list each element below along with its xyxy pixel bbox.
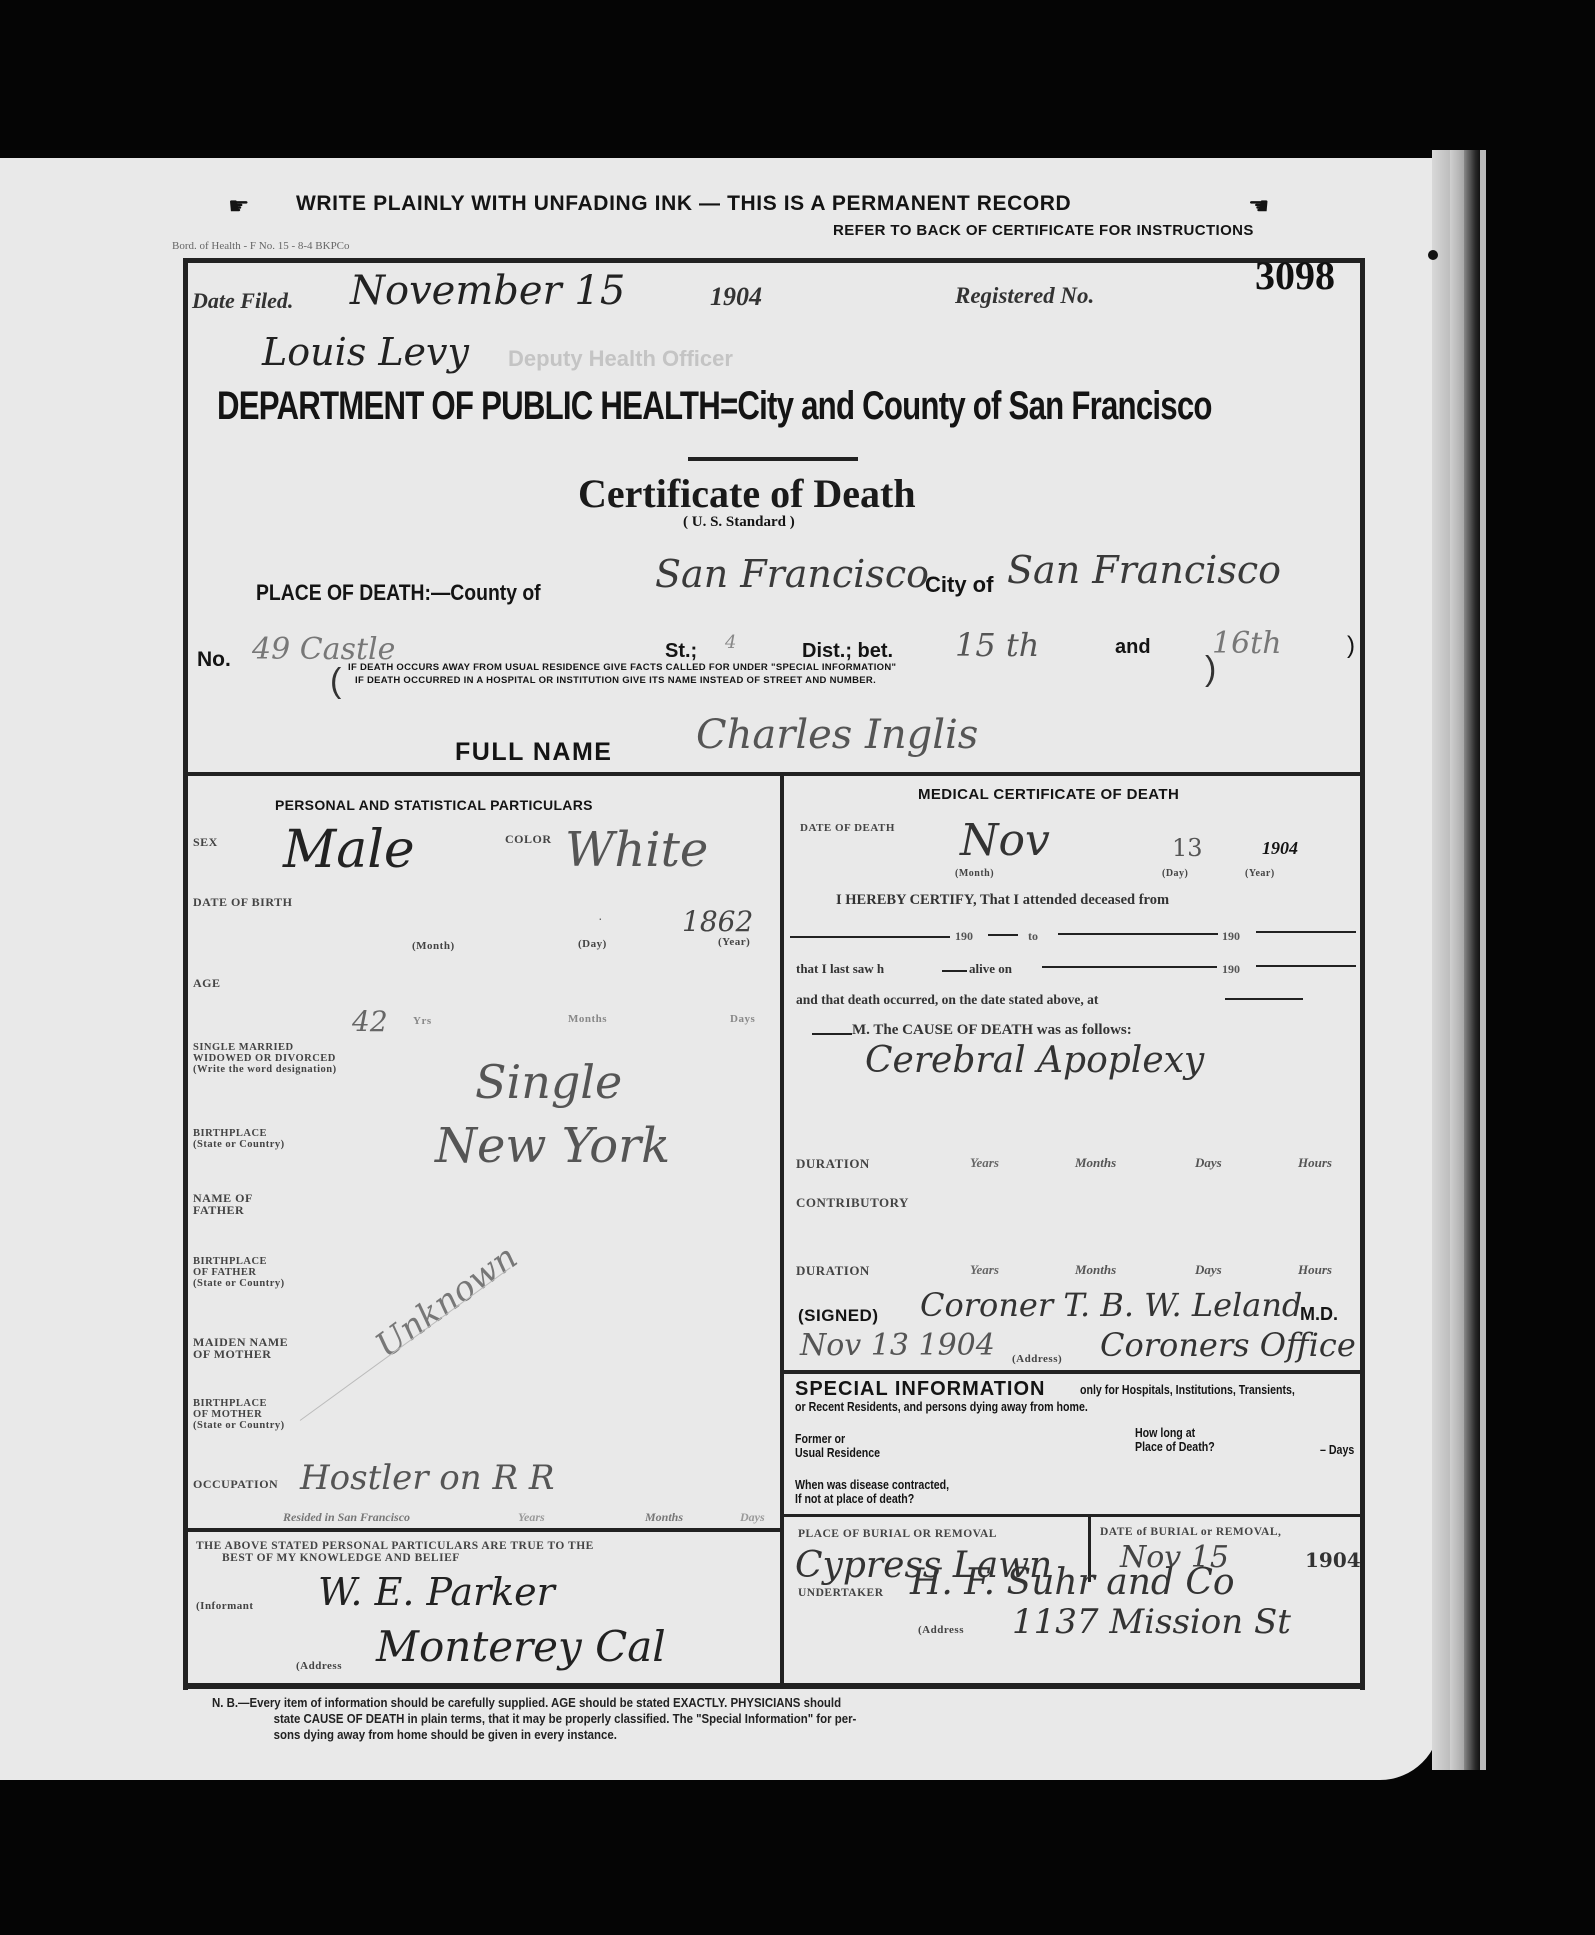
marital-label-line: (Write the word designation): [193, 1064, 337, 1075]
between-street-2: 16th: [1212, 626, 1282, 661]
pointing-hand-icon: ☛: [228, 192, 250, 221]
dob-year-caption: (Year): [718, 936, 750, 948]
death-occurred-label: and that death occurred, on the date sta…: [796, 992, 1098, 1008]
refer-instructions: REFER TO BACK OF CERTIFICATE FOR INSTRUC…: [833, 222, 1254, 239]
duration-years: Years: [970, 1155, 999, 1171]
special-divider: [782, 1370, 1364, 1374]
blank-line: [812, 1033, 852, 1035]
officer-signature: Louis Levy: [262, 330, 469, 374]
blank-line: [1042, 966, 1217, 968]
color-value: White: [565, 822, 708, 878]
frame-bottom: [183, 1683, 1365, 1689]
former-residence-line: Usual Residence: [795, 1446, 880, 1460]
date-filed-year: 1904: [710, 282, 762, 312]
standard-subtitle: ( U. S. Standard ): [683, 514, 795, 531]
age-days-caption: Days: [730, 1013, 755, 1025]
hospital-instruction: IF DEATH OCCURRED IN A HOSPITAL OR INSTI…: [355, 675, 876, 686]
certify-line: I HEREBY CERTIFY, That I attended deceas…: [836, 892, 1169, 909]
full-name-value: Charles Inglis: [696, 712, 978, 758]
paren: ): [1347, 632, 1355, 660]
certificate-title: Certificate of Death: [578, 470, 916, 517]
cause-label: M. The CAUSE OF DEATH was as follows:: [852, 1022, 1132, 1039]
color-label: COLOR: [505, 833, 552, 845]
burial-year-value: 1904: [1305, 1548, 1361, 1572]
former-residence-label: Former or Usual Residence: [795, 1432, 880, 1460]
mother-bp-line: BIRTHPLACE: [193, 1398, 285, 1409]
name-divider: [183, 772, 1365, 776]
marital-label-line: WIDOWED OR DIVORCED: [193, 1053, 337, 1064]
dob-day-caption: (Day): [578, 938, 607, 950]
footer-note-line: N. B.—Every item of information should b…: [212, 1695, 856, 1711]
cause-value: Cerebral Apoplexy: [865, 1040, 1204, 1081]
page-edge: [1432, 150, 1450, 1770]
birthplace-label-line: (State or Country): [193, 1139, 285, 1150]
blank-line: [1225, 998, 1303, 1000]
place-of-death-label: PLACE OF DEATH:—County of: [256, 580, 541, 606]
how-long-line: How long at: [1135, 1426, 1215, 1440]
contracted-line: When was disease contracted,: [795, 1478, 949, 1492]
resided-years: Years: [518, 1510, 545, 1525]
duration-months: Months: [1075, 1155, 1116, 1171]
personal-heading: PERSONAL AND STATISTICAL PARTICULARS: [275, 797, 593, 813]
signed-by-value: Coroner T. B. W. Leland: [920, 1286, 1302, 1324]
father-bp-line: (State or Country): [193, 1278, 285, 1289]
duration-hours: Hours: [1298, 1262, 1332, 1278]
blank-line: [942, 970, 967, 972]
father-name-label: NAME OF FATHER: [193, 1192, 253, 1216]
informant-label: (Informant: [196, 1600, 254, 1612]
informant-address-value: Monterey Cal: [376, 1622, 666, 1671]
dist-label: Dist.; bet.: [802, 640, 893, 663]
officer-title-stamp: Deputy Health Officer: [508, 346, 733, 372]
mother-bp-line: OF MOTHER: [193, 1409, 285, 1420]
attestation-line: BEST OF MY KNOWLEDGE AND BELIEF: [196, 1552, 594, 1564]
month-caption: (Month): [955, 868, 994, 880]
footer-note-line: state CAUSE OF DEATH in plain terms, tha…: [212, 1711, 856, 1727]
date-filed-label: Date Filed.: [192, 288, 293, 314]
marital-label-line: SINGLE MARRIED: [193, 1042, 337, 1053]
dob-separator: ·: [598, 910, 603, 926]
mother-birthplace-label: BIRTHPLACE OF MOTHER (State or Country): [193, 1398, 285, 1431]
special-info-heading: SPECIAL INFORMATION: [795, 1378, 1045, 1401]
signed-label: (SIGNED): [798, 1306, 879, 1326]
duration-days: Days: [1195, 1155, 1222, 1171]
dod-year-value: 1904: [1262, 838, 1298, 859]
blank-line: [1256, 965, 1356, 967]
year-caption: (Year): [1245, 868, 1275, 880]
resided-label: Resided in San Francisco: [283, 1510, 410, 1525]
age-label: AGE: [193, 977, 221, 989]
sex-value: Male: [283, 820, 415, 880]
md-label: M.D.: [1300, 1304, 1338, 1325]
registered-number: 3098: [1255, 252, 1335, 299]
duration-label: DURATION: [796, 1158, 870, 1170]
how-long-line: Place of Death?: [1135, 1440, 1215, 1454]
blank-line: [1058, 933, 1218, 935]
attestation-line: THE ABOVE STATED PERSONAL PARTICULARS AR…: [196, 1540, 594, 1552]
resided-months: Months: [645, 1510, 683, 1525]
occupation-value: Hostler on R R: [300, 1458, 554, 1498]
duration-months: Months: [1075, 1262, 1116, 1278]
department-title: DEPARTMENT OF PUBLIC HEALTH=City and Cou…: [217, 384, 1212, 429]
year-prefix: 190: [955, 929, 973, 944]
special-info-note: only for Hospitals, Institutions, Transi…: [1080, 1383, 1295, 1397]
contracted-line: If not at place of death?: [795, 1492, 949, 1506]
full-name-label: FULL NAME: [455, 738, 612, 767]
dob-year-value: 1862: [682, 905, 753, 938]
page-edge: [1450, 150, 1464, 1770]
header-warning: ☛ WRITE PLAINLY WITH UNFADING INK — THIS…: [228, 190, 1328, 220]
frame-right: [1360, 258, 1365, 1690]
frame-top: [183, 258, 1365, 263]
father-bp-line: OF FATHER: [193, 1267, 285, 1278]
duration-years: Years: [970, 1262, 999, 1278]
footer-note-line: sons dying away from home should be give…: [212, 1727, 856, 1743]
informant-divider: [183, 1528, 783, 1532]
undertaker-value: H. F. Suhr and Co: [910, 1562, 1235, 1603]
duration-label: DURATION: [796, 1265, 870, 1277]
undertaker-address-label: (Address: [918, 1624, 964, 1636]
warning-text: WRITE PLAINLY WITH UNFADING INK — THIS I…: [296, 192, 1071, 216]
registered-label: Registered No.: [955, 283, 1094, 309]
paren: ): [1205, 650, 1216, 689]
age-months-caption: Months: [568, 1013, 607, 1025]
city-value: San Francisco: [1007, 548, 1281, 592]
blank-line: [988, 934, 1018, 936]
st-label: St.;: [665, 640, 697, 663]
signed-date-value: Nov 13 1904: [800, 1328, 995, 1363]
sex-label: SEX: [193, 836, 218, 848]
street-number-label: No.: [197, 648, 231, 672]
footer-note: N. B.—Every item of information should b…: [212, 1695, 856, 1743]
former-residence-line: Former or: [795, 1432, 880, 1446]
dod-day-value: 13: [1172, 834, 1203, 862]
informant-address-label: (Address: [296, 1660, 342, 1672]
mother-bp-line: (State or Country): [193, 1420, 285, 1431]
day-caption: (Day): [1162, 868, 1188, 880]
how-long-label: How long at Place of Death?: [1135, 1426, 1215, 1454]
between-street-1: 15 th: [955, 626, 1039, 664]
mother-name-label: MAIDEN NAME OF MOTHER: [193, 1336, 288, 1360]
age-years-value: 42: [352, 1005, 388, 1038]
dob-month-caption: (Month): [412, 940, 455, 952]
age-years-caption: Yrs: [413, 1015, 432, 1027]
father-bp-line: BIRTHPLACE: [193, 1256, 285, 1267]
resided-days: Days: [740, 1510, 765, 1525]
frame-left: [183, 258, 188, 1690]
contracted-label: When was disease contracted, If not at p…: [795, 1478, 949, 1506]
physician-address-label: (Address): [1012, 1353, 1062, 1365]
page-edge: [1480, 150, 1486, 1770]
attestation: THE ABOVE STATED PERSONAL PARTICULARS AR…: [196, 1540, 594, 1564]
alive-on-label: alive on: [969, 961, 1012, 977]
residence-instruction: IF DEATH OCCURS AWAY FROM USUAL RESIDENC…: [348, 662, 896, 673]
title-divider: [688, 457, 858, 461]
medical-heading: MEDICAL CERTIFICATE OF DEATH: [918, 786, 1179, 803]
birthplace-label: BIRTHPLACE (State or Country): [193, 1128, 285, 1150]
how-long-days-label: – Days: [1320, 1443, 1354, 1457]
undertaker-address-value: 1137 Mission St: [1012, 1602, 1291, 1642]
undertaker-label: UNDERTAKER: [798, 1587, 884, 1599]
burial-place-label: PLACE OF BURIAL OR REMOVAL: [798, 1528, 997, 1540]
pointing-hand-icon: ☛: [1248, 192, 1270, 221]
mother-label-line: OF MOTHER: [193, 1348, 288, 1360]
column-divider: [780, 774, 784, 1689]
burial-divider: [782, 1514, 1364, 1517]
dob-label: DATE OF BIRTH: [193, 896, 292, 908]
binding-shadow: [1464, 150, 1480, 1770]
ink-spot: [1428, 250, 1438, 260]
and-label: and: [1115, 636, 1151, 659]
physician-address-value: Coroners Office: [1100, 1326, 1356, 1364]
blank-line: [1256, 931, 1356, 933]
city-label: City of: [925, 572, 993, 598]
burial-date-label: DATE of BURIAL or REMOVAL,: [1100, 1526, 1281, 1538]
marital-label: SINGLE MARRIED WIDOWED OR DIVORCED (Writ…: [193, 1042, 337, 1075]
paren: (: [330, 662, 341, 701]
to-label: to: [1028, 929, 1038, 944]
father-label-line: FATHER: [193, 1204, 253, 1216]
birthplace-label-line: BIRTHPLACE: [193, 1128, 285, 1139]
date-filed-value: November 15: [350, 268, 625, 314]
contributory-label: CONTRIBUTORY: [796, 1197, 909, 1209]
father-birthplace-label: BIRTHPLACE OF FATHER (State or Country): [193, 1256, 285, 1289]
dod-label: DATE OF DEATH: [800, 822, 895, 834]
special-info-note: or Recent Residents, and persons dying a…: [795, 1400, 1088, 1414]
occupation-label: OCCUPATION: [193, 1478, 278, 1490]
dod-month-value: Nov: [960, 815, 1050, 866]
st-value: 4: [725, 632, 736, 653]
duration-hours: Hours: [1298, 1155, 1332, 1171]
blank-line: [790, 936, 950, 938]
county-value: San Francisco: [655, 552, 929, 596]
year-prefix: 190: [1222, 929, 1240, 944]
birthplace-value: New York: [435, 1118, 670, 1174]
last-saw-label: that I last saw h: [796, 961, 884, 977]
form-code: Bord. of Health - F No. 15 - 8-4 BKPCo: [172, 240, 350, 252]
year-prefix: 190: [1222, 962, 1240, 977]
marital-value: Single: [475, 1055, 622, 1109]
informant-value: W. E. Parker: [318, 1570, 555, 1614]
duration-days: Days: [1195, 1262, 1222, 1278]
